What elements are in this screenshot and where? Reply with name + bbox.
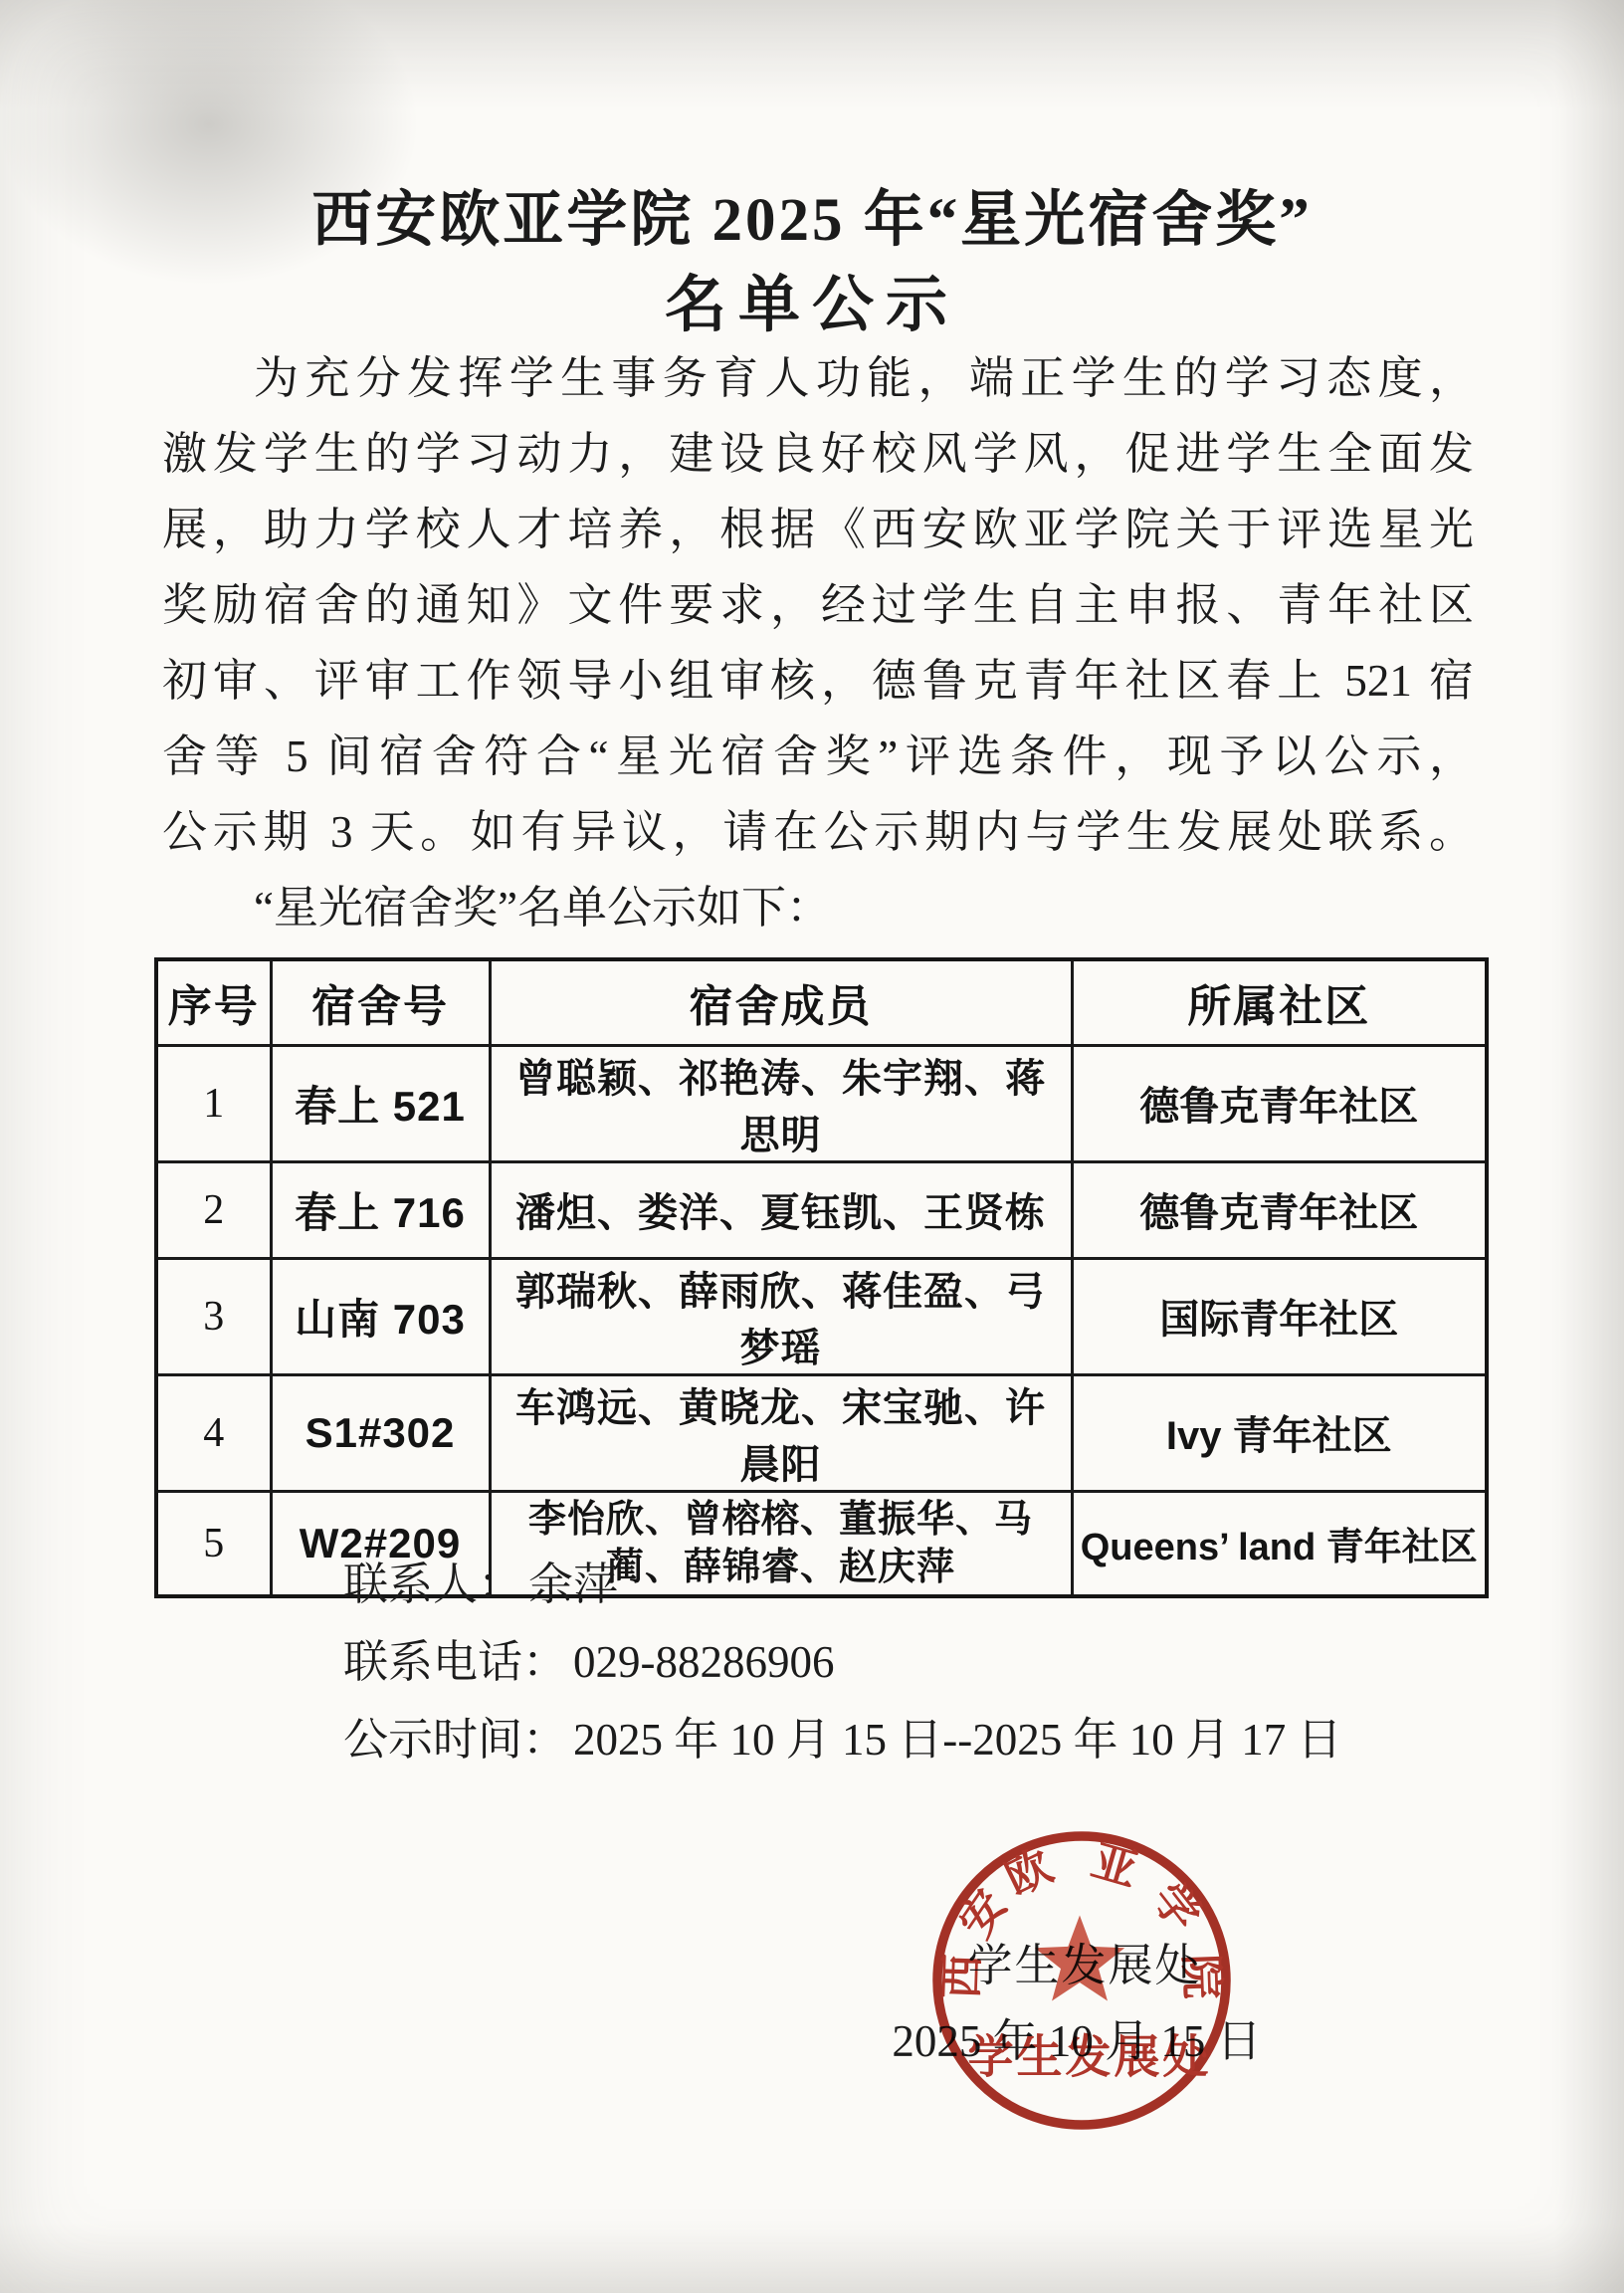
cell-index: 1 <box>156 1045 271 1161</box>
contact-person-label: 联系人： <box>343 1560 522 1609</box>
header-cell-community: 所属社区 <box>1072 959 1487 1045</box>
paragraph-line: 展，助力学校人才培养，根据《西安欧亚学院关于评选星光 <box>162 492 1474 567</box>
official-seal: 西 安 欧 亚 学 院 学生发展处 <box>913 1811 1251 2150</box>
cell-community: 国际青年社区 <box>1072 1258 1487 1374</box>
table-row: 1 春上 521 曾聪颖、祁艳涛、朱宇翔、蒋思明 德鲁克青年社区 <box>156 1045 1487 1161</box>
cell-index: 5 <box>156 1491 271 1596</box>
cell-community: Ivy 青年社区 <box>1072 1374 1487 1491</box>
page-title-line2: 名单公示 <box>0 255 1624 343</box>
contact-phone-value: 029-88286906 <box>573 1637 835 1687</box>
paragraph-line: 初审、评审工作领导小组审核，德鲁克青年社区春上 521 宿 <box>162 643 1474 719</box>
seal-arc-char-0: 西 <box>936 1954 988 2000</box>
header-cell-index: 序号 <box>156 959 271 1045</box>
paragraph-line: 舍等 5 间宿舍符合“星光宿舍奖”评选条件，现予以公示， <box>162 719 1474 794</box>
cell-index: 4 <box>156 1374 271 1491</box>
photo-shadow-top <box>0 0 1624 109</box>
cell-members: 郭瑞秋、薛雨欣、蒋佳盈、弓梦瑶 <box>490 1258 1072 1374</box>
contact-phone-line: 联系电话：029-88286906 <box>343 1623 1342 1701</box>
cell-room: 春上 716 <box>271 1161 490 1258</box>
cell-index: 3 <box>156 1258 271 1374</box>
cell-members: 潘炟、娄洋、夏钰凯、王贤栋 <box>490 1161 1072 1258</box>
paragraph-line: 公示期 3 天。如有异议，请在公示期内与学生发展处联系。 <box>162 794 1474 870</box>
table-row: 4 S1#302 车鸿远、黄晓龙、宋宝驰、许晨阳 Ivy 青年社区 <box>156 1374 1487 1491</box>
contact-phone-label: 联系电话： <box>343 1637 567 1687</box>
awards-table: 序号 宿舍号 宿舍成员 所属社区 1 春上 521 曾聪颖、祁艳涛、朱宇翔、蒋思… <box>154 957 1489 1598</box>
contact-period-value: 2025 年 10 月 15 日--2025 年 10 月 17 日 <box>573 1715 1341 1765</box>
cell-members: 曾聪颖、祁艳涛、朱宇翔、蒋思明 <box>490 1045 1072 1161</box>
seal-bottom-text: 学生发展处 <box>968 2032 1212 2083</box>
cell-room: 山南 703 <box>271 1258 490 1374</box>
paragraph-line: 奖励宿舍的通知》文件要求，经过学生自主申报、青年社区 <box>162 567 1474 643</box>
paragraph-line: 激发学生的学习动力，建设良好校风学风，促进学生全面发 <box>162 416 1474 492</box>
announcement-paragraph: 为充分发挥学生事务育人功能，端正学生的学习态度， 激发学生的学习动力，建设良好校… <box>162 340 1474 945</box>
cell-index: 2 <box>156 1161 271 1258</box>
seal-arc-char-5: 院 <box>1175 1954 1227 2000</box>
contact-block: 联系人：余萍 联系电话：029-88286906 公示时间：2025 年 10 … <box>343 1546 1342 1778</box>
page-title-line1: 西安欧亚学院 2025 年“星光宿舍奖” <box>0 171 1624 258</box>
table-row: 3 山南 703 郭瑞秋、薛雨欣、蒋佳盈、弓梦瑶 国际青年社区 <box>156 1258 1487 1374</box>
contact-period-line: 公示时间：2025 年 10 月 15 日--2025 年 10 月 17 日 <box>343 1701 1342 1778</box>
seal-arc-char-1: 安 <box>950 1881 1017 1946</box>
header-cell-members: 宿舍成员 <box>490 959 1072 1045</box>
seal-star-icon <box>1035 1916 1124 2001</box>
cell-room: S1#302 <box>271 1374 490 1491</box>
cell-room: 春上 521 <box>271 1045 490 1161</box>
seal-arc-char-4: 学 <box>1142 1874 1209 1940</box>
document-page: 西安欧亚学院 2025 年“星光宿舍奖” 名单公示 为充分发挥学生事务育人功能，… <box>0 0 1624 2293</box>
photo-shadow-right <box>1554 0 1624 2293</box>
photo-shadow-bottom <box>0 2223 1624 2293</box>
paragraph-line: 为充分发挥学生事务育人功能，端正学生的学习态度， <box>162 340 1474 416</box>
contact-person-value: 余萍 <box>528 1560 618 1609</box>
cell-community: 德鲁克青年社区 <box>1072 1161 1487 1258</box>
cell-members: 车鸿远、黄晓龙、宋宝驰、许晨阳 <box>490 1374 1072 1491</box>
contact-period-label: 公示时间： <box>343 1715 567 1765</box>
header-cell-room: 宿舍号 <box>271 959 490 1045</box>
cell-community: 德鲁克青年社区 <box>1072 1045 1487 1161</box>
table-header-row: 序号 宿舍号 宿舍成员 所属社区 <box>156 959 1487 1045</box>
table-row: 2 春上 716 潘炟、娄洋、夏钰凯、王贤栋 德鲁克青年社区 <box>156 1161 1487 1258</box>
contact-person-line: 联系人：余萍 <box>343 1546 1342 1623</box>
seal-arc-char-3: 亚 <box>1086 1836 1142 1896</box>
seal-arc-char-2: 欧 <box>998 1841 1060 1906</box>
list-intro-line: “星光宿舍奖”名单公示如下： <box>162 870 1474 945</box>
